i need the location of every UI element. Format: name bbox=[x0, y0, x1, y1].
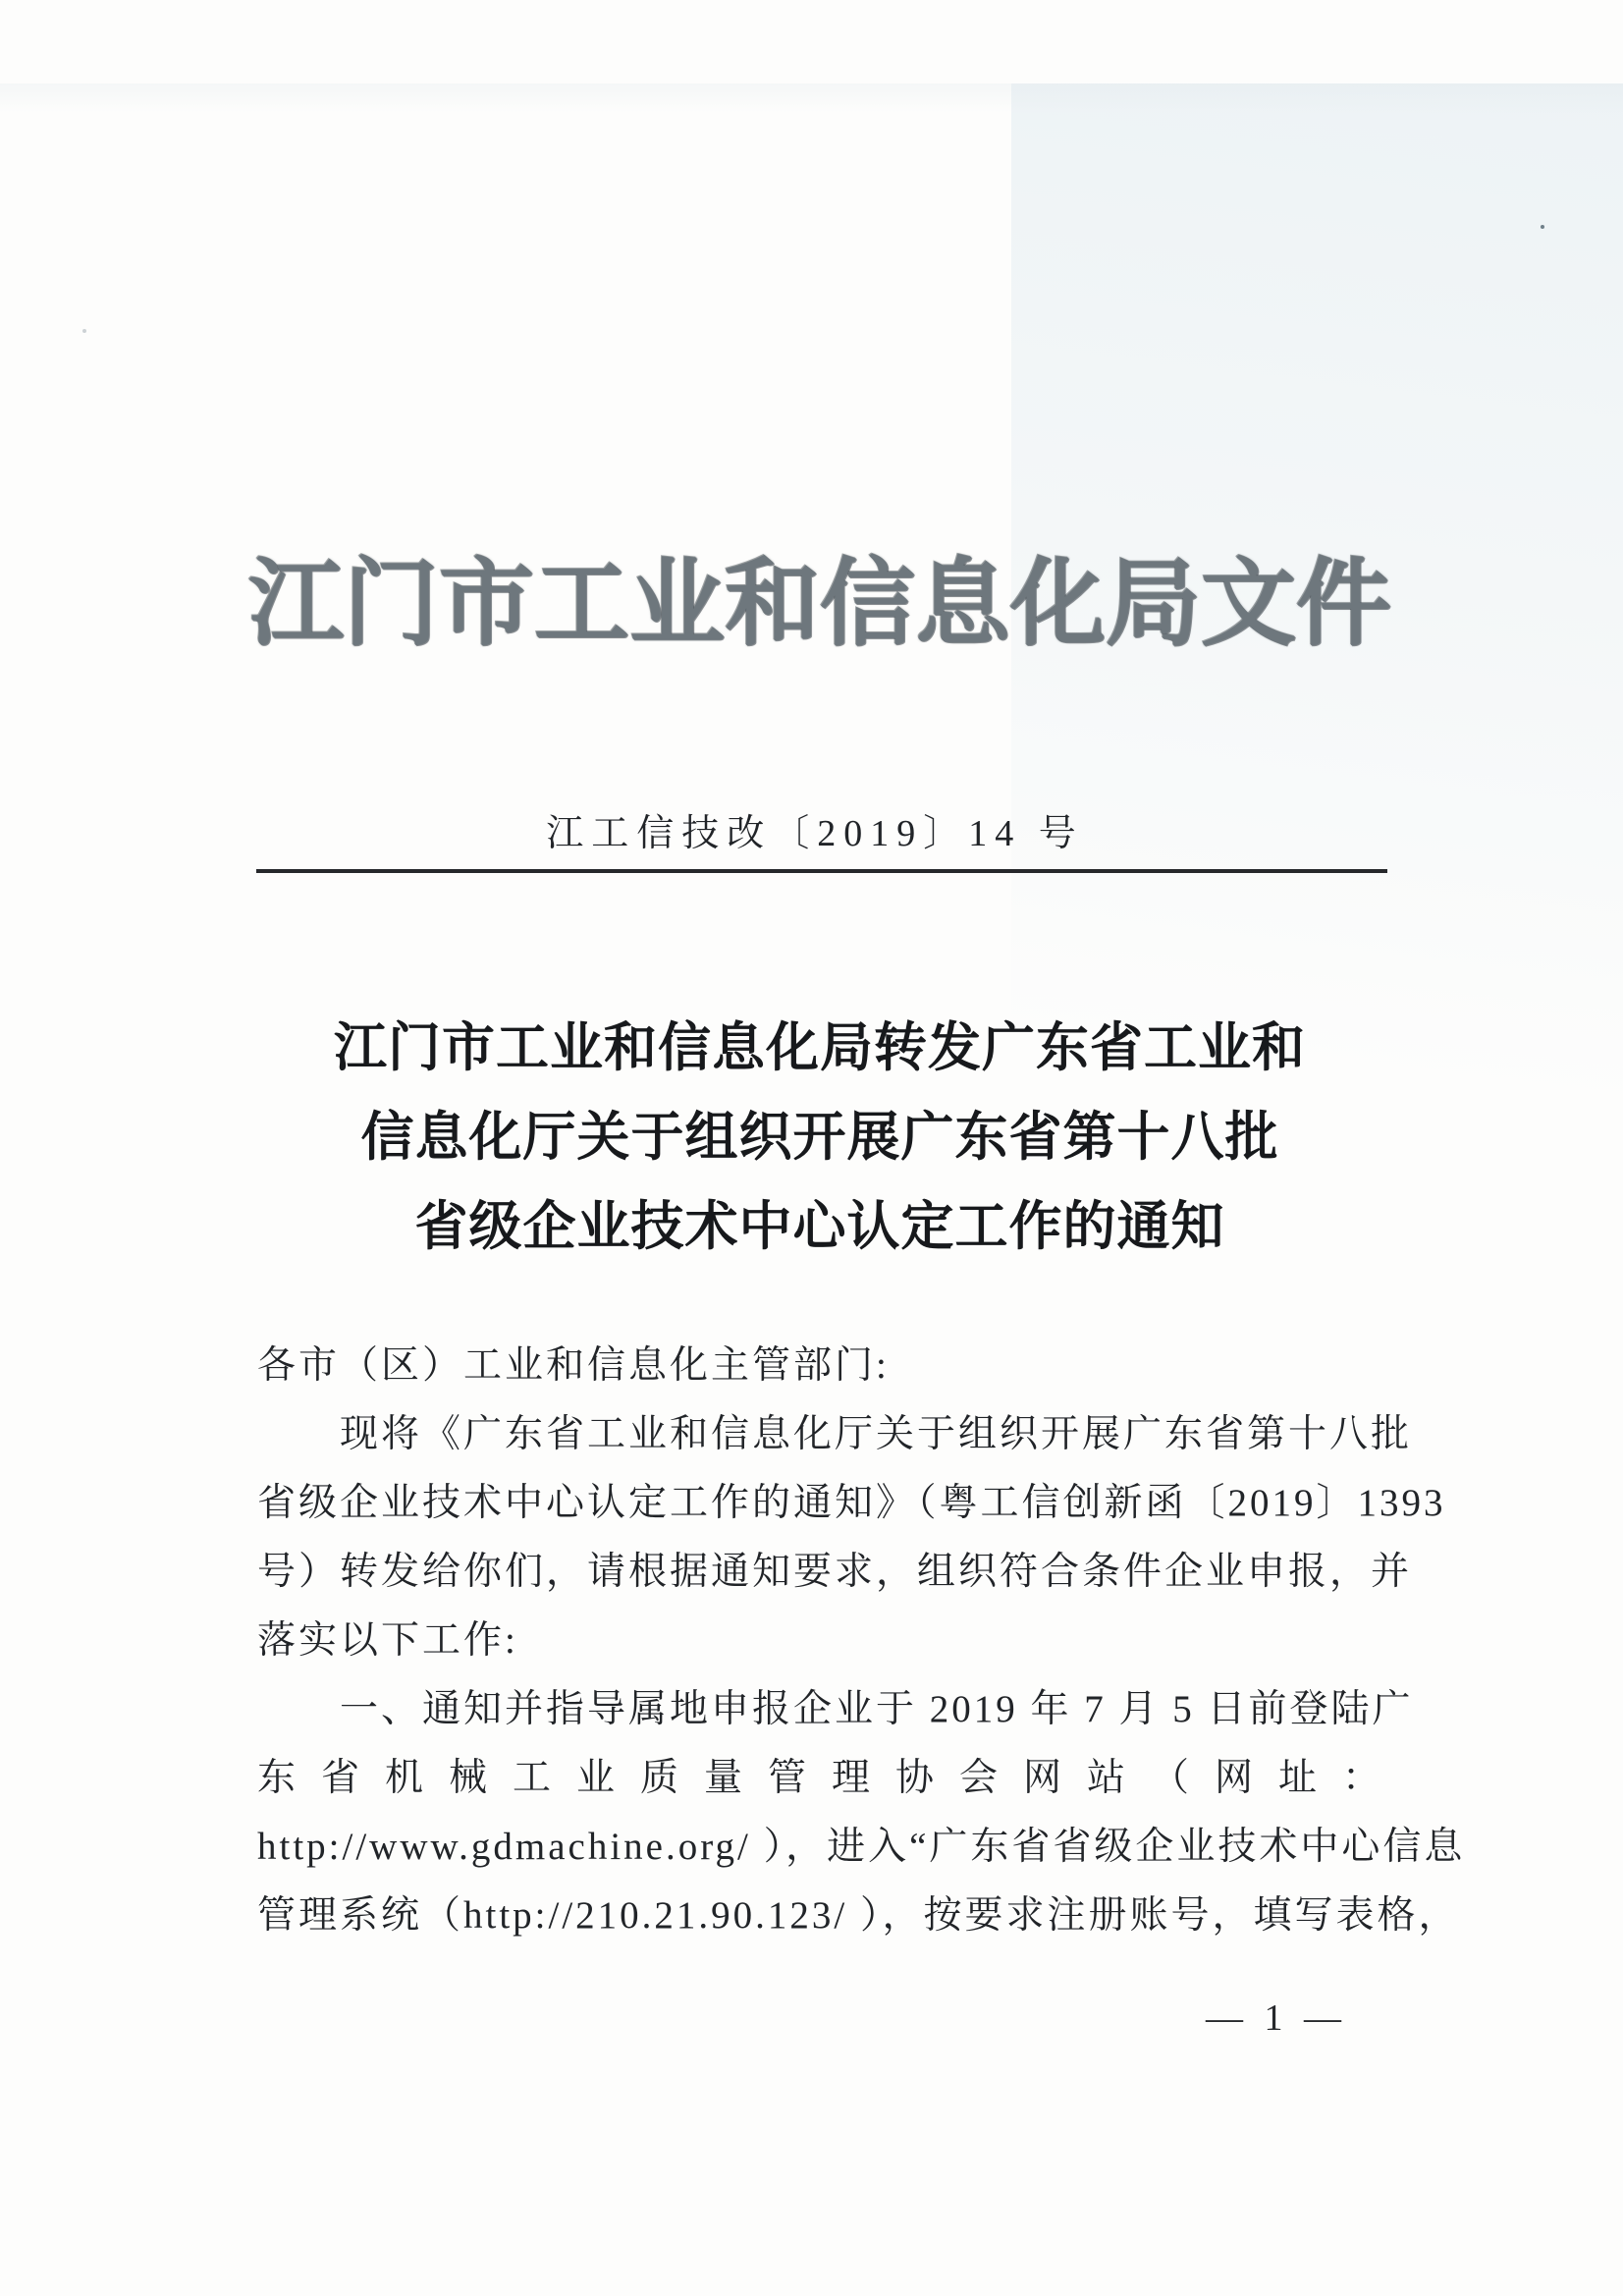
body-line: 省级企业技术中心认定工作的通知》（粤工信创新函〔2019〕1393 bbox=[257, 1469, 1392, 1538]
letterhead-title: 江门市工业和信息化局文件 bbox=[0, 526, 1623, 664]
scan-speck bbox=[82, 329, 86, 333]
page-number: — 1 — bbox=[1178, 1996, 1375, 2040]
document-body: 各市（区）工业和信息化主管部门: 现将《广东省工业和信息化厅关于组织开展广东省第… bbox=[257, 1332, 1392, 1950]
document-title: 江门市工业和信息化局转发广东省工业和 信息化厅关于组织开展广东省第十八批 省级企… bbox=[0, 1004, 1623, 1272]
salutation-line: 各市（区）工业和信息化主管部门: bbox=[257, 1332, 1392, 1400]
document-reference-number: 江工信技改〔2019〕14 号 bbox=[0, 802, 1623, 856]
body-line: 现将《广东省工业和信息化厅关于组织开展广东省第十八批 bbox=[257, 1400, 1392, 1469]
document-page: 江门市工业和信息化局文件 江工信技改〔2019〕14 号 江门市工业和信息化局转… bbox=[0, 0, 1623, 2296]
scan-speck bbox=[1541, 225, 1544, 229]
body-line: 管理系统（http://210.21.90.123/ ），按要求注册账号，填写表… bbox=[257, 1882, 1392, 1950]
body-line: 号）转发给你们，请根据通知要求，组织符合条件企业申报，并 bbox=[257, 1538, 1392, 1607]
scan-tint-artifact-top bbox=[0, 83, 1623, 113]
letterhead-divider-rule bbox=[256, 869, 1387, 873]
body-line: 落实以下工作: bbox=[257, 1607, 1392, 1675]
document-title-line-3: 省级企业技术中心认定工作的通知 bbox=[0, 1182, 1623, 1272]
document-title-line-1: 江门市工业和信息化局转发广东省工业和 bbox=[0, 1004, 1623, 1093]
document-title-line-2: 信息化厅关于组织开展广东省第十八批 bbox=[0, 1093, 1623, 1182]
body-line: 东省机械工业质量管理协会网站（网址： bbox=[257, 1744, 1392, 1813]
body-line: http://www.gdmachine.org/ ），进入“广东省省级企业技术… bbox=[257, 1813, 1392, 1882]
body-line: 一、通知并指导属地申报企业于 2019 年 7 月 5 日前登陆广 bbox=[257, 1675, 1392, 1744]
